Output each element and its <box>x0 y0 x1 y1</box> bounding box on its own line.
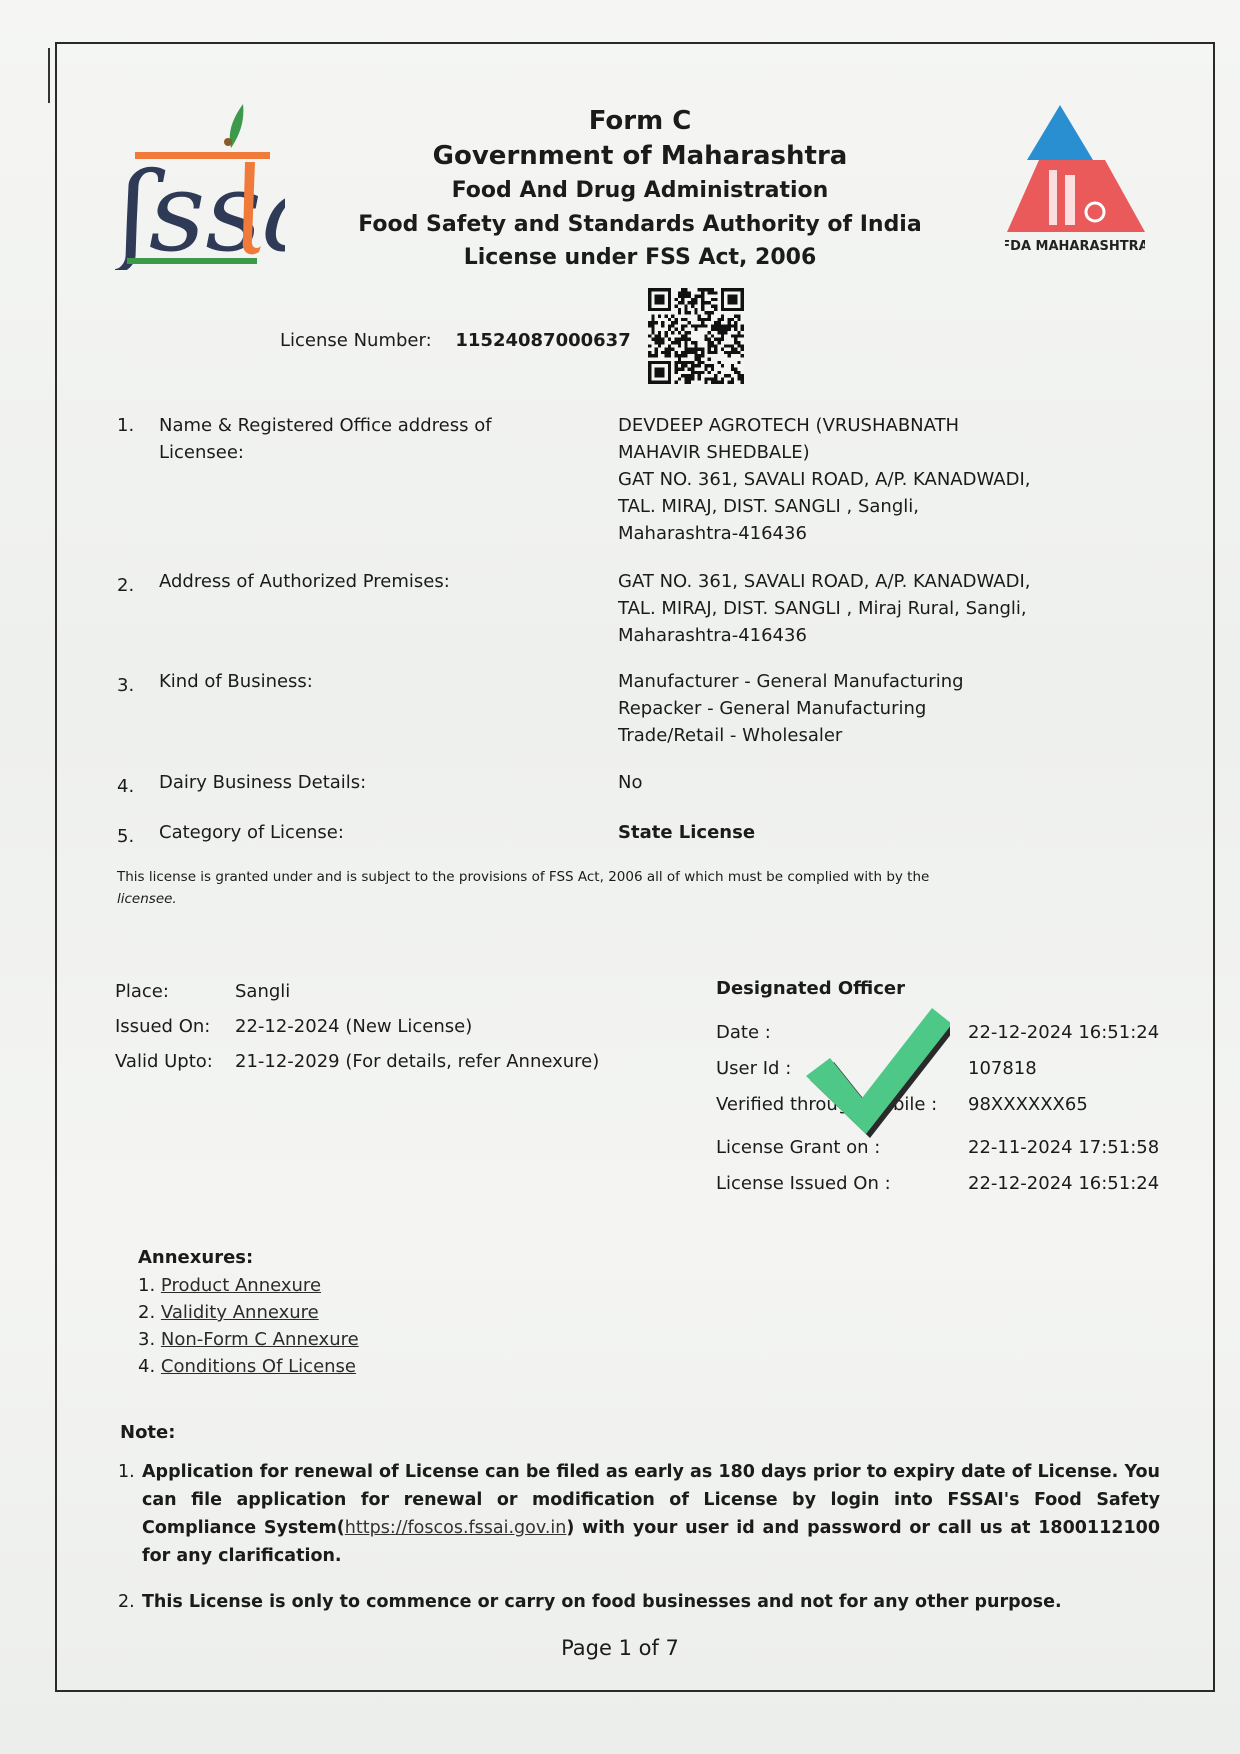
field-label: Address of Authorized Premises: <box>159 568 559 595</box>
officer-label: Date : <box>716 1021 771 1045</box>
field-value: No <box>618 769 1098 796</box>
validity-annexure-link[interactable]: Validity Annexure <box>161 1302 319 1323</box>
officer-label: License Grant on : <box>716 1136 880 1160</box>
form-title: Form C <box>330 104 950 138</box>
annexure-item: 3. Non-Form C Annexure <box>138 1328 359 1352</box>
grant-text: This license is granted under and is sub… <box>117 869 929 885</box>
note-title: Note: <box>120 1422 175 1443</box>
field-number: 4. <box>117 773 147 800</box>
license-number-label: License Number: <box>280 330 432 351</box>
act-title: License under FSS Act, 2006 <box>330 241 950 274</box>
note-text: Application for renewal of License can b… <box>142 1458 1160 1570</box>
annexure-number: 4. <box>138 1356 155 1377</box>
value-line: TAL. MIRAJ, DIST. SANGLI , Miraj Rural, … <box>618 595 1098 622</box>
value-line: GAT NO. 361, SAVALI ROAD, A/P. KANADWADI… <box>618 466 1098 493</box>
valid-value: 21-12-2029 (For details, refer Annexure) <box>235 1051 599 1072</box>
valid-label: Valid Upto: <box>115 1050 235 1074</box>
authority-title: Food Safety and Standards Authority of I… <box>330 208 950 241</box>
field-label: Category of License: <box>159 819 559 846</box>
field-number: 1. <box>117 412 147 439</box>
non-form-c-annexure-link[interactable]: Non-Form C Annexure <box>161 1329 359 1350</box>
officer-value: 98XXXXXX65 <box>968 1093 1088 1117</box>
annexure-item: 2. Validity Annexure <box>138 1301 319 1325</box>
field-value: Manufacturer - General Manufacturing Rep… <box>618 668 1098 749</box>
place-label: Place: <box>115 980 235 1004</box>
field-label: Dairy Business Details: <box>159 769 559 796</box>
value-line: TAL. MIRAJ, DIST. SANGLI , Sangli, <box>618 493 1098 520</box>
field-number: 5. <box>117 823 147 850</box>
annexure-number: 2. <box>138 1302 155 1323</box>
field-value: DEVDEEP AGROTECH (VRUSHABNATH MAHAVIR SH… <box>618 412 1098 547</box>
annexure-number: 1. <box>138 1275 155 1296</box>
license-page: ʃssa FDA MAHARASHTRA Form C Government o… <box>0 0 1240 1754</box>
field-value: State License <box>618 819 1098 846</box>
value-line: Trade/Retail - Wholesaler <box>618 722 1098 749</box>
note-item-1: 1. Application for renewal of License ca… <box>118 1458 1160 1570</box>
designated-officer-title: Designated Officer <box>716 978 905 999</box>
svg-text:FDA MAHARASHTRA: FDA MAHARASHTRA <box>1005 239 1145 254</box>
valid-row: Valid Upto:21-12-2029 (For details, refe… <box>115 1050 599 1074</box>
svg-text:ʃssa: ʃssa <box>115 148 285 270</box>
place-row: Place:Sangli <box>115 980 290 1004</box>
officer-value: 22-12-2024 16:51:24 <box>968 1172 1159 1196</box>
officer-label: License Issued On : <box>716 1172 891 1196</box>
field-value: GAT NO. 361, SAVALI ROAD, A/P. KANADWADI… <box>618 568 1098 649</box>
grant-statement: This license is granted under and is sub… <box>117 866 1117 910</box>
officer-value: 22-11-2024 17:51:58 <box>968 1136 1159 1160</box>
page-indicator: Page 1 of 7 <box>0 1636 1240 1660</box>
government-title: Government of Maharashtra <box>330 138 950 174</box>
officer-value: 22-12-2024 16:51:24 <box>968 1021 1159 1045</box>
field-label: Kind of Business: <box>159 668 559 695</box>
value-line: GAT NO. 361, SAVALI ROAD, A/P. KANADWADI… <box>618 568 1098 595</box>
field-label: Name & Registered Office address of Lice… <box>159 412 559 466</box>
product-annexure-link[interactable]: Product Annexure <box>161 1275 321 1296</box>
qr-code-icon[interactable] <box>648 288 744 384</box>
annexure-item: 4. Conditions Of License <box>138 1355 356 1379</box>
value-line: MAHAVIR SHEDBALE) <box>618 439 1098 466</box>
value-line: Repacker - General Manufacturing <box>618 695 1098 722</box>
value-line: Maharashtra-416436 <box>618 520 1098 547</box>
foscos-link[interactable]: https://foscos.fssai.gov.in <box>345 1518 567 1538</box>
issued-value: 22-12-2024 (New License) <box>235 1016 472 1037</box>
verified-checkmark-icon <box>800 1000 950 1140</box>
department-title: Food And Drug Administration <box>330 174 950 208</box>
note-item-2: 2. This License is only to commence or c… <box>118 1588 1160 1616</box>
value-line: DEVDEEP AGROTECH (VRUSHABNATH <box>618 412 1098 439</box>
note-text: This License is only to commence or carr… <box>142 1588 1160 1616</box>
annexures-title: Annexures: <box>138 1247 253 1268</box>
officer-label: User Id : <box>716 1057 791 1081</box>
note-number: 2. <box>118 1588 135 1616</box>
document-header: Form C Government of Maharashtra Food An… <box>330 104 950 274</box>
scan-mark <box>48 48 50 103</box>
license-number-value: 11524087000637 <box>455 330 630 351</box>
field-number: 3. <box>117 672 147 699</box>
issued-label: Issued On: <box>115 1015 235 1039</box>
value-line: Maharashtra-416436 <box>618 622 1098 649</box>
officer-value: 107818 <box>968 1057 1037 1081</box>
field-number: 2. <box>117 572 147 599</box>
note-number: 1. <box>118 1458 135 1486</box>
fda-maharashtra-logo-icon: FDA MAHARASHTRA <box>1005 100 1145 265</box>
place-value: Sangli <box>235 981 290 1002</box>
annexure-number: 3. <box>138 1329 155 1350</box>
fssai-logo-icon: ʃssa <box>115 100 285 270</box>
value-line: Manufacturer - General Manufacturing <box>618 668 1098 695</box>
conditions-of-license-link[interactable]: Conditions Of License <box>161 1356 356 1377</box>
annexure-item: 1. Product Annexure <box>138 1274 321 1298</box>
issued-row: Issued On:22-12-2024 (New License) <box>115 1015 472 1039</box>
license-number: License Number: 11524087000637 <box>280 330 631 351</box>
grant-text-end: licensee. <box>117 891 177 907</box>
